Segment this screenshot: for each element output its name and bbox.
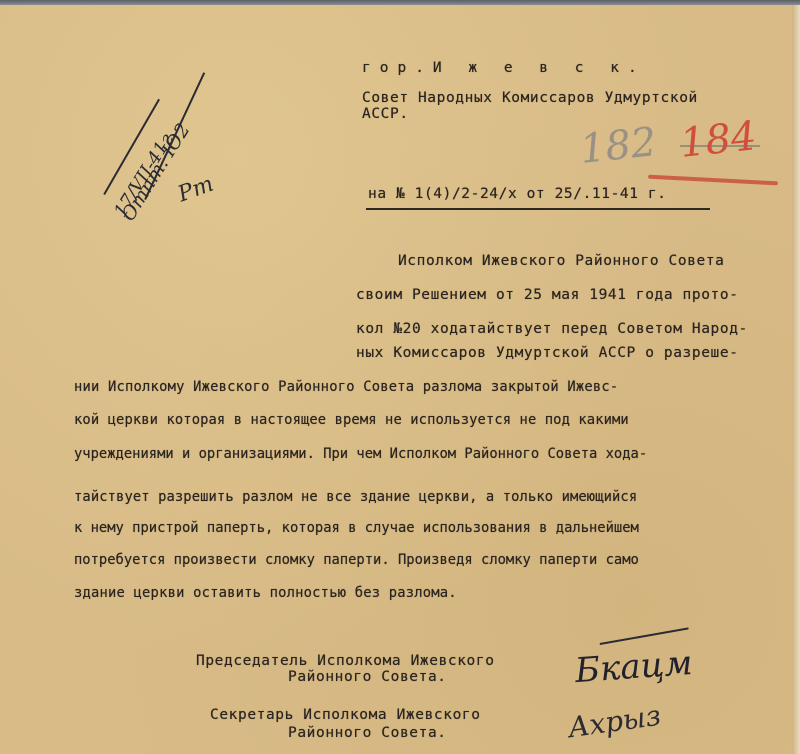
body-line: кой церкви которая в настоящее время не … — [74, 412, 629, 428]
body-line: потребуется произвести сломку паперти. П… — [74, 552, 639, 568]
document-page: Отпт. Ю2 17/VII-41г. Рт гор.И ж е в с к.… — [0, 5, 792, 754]
city-line: гор.И ж е в с к. — [362, 60, 646, 76]
body-line: учреждениями и организациями. При чем Ис… — [74, 446, 647, 462]
reference-underline — [366, 208, 710, 210]
secretary-title-line-2: Районного Совета. — [288, 725, 447, 741]
reference-line: на № 1(4)/2-24/х от 25/.11-41 г. — [368, 186, 667, 202]
chairman-title-line-1: Председатель Исполкома Ижевского — [196, 653, 495, 669]
chairman-signature-flourish — [600, 627, 689, 645]
recipient-line-1: Совет Народных Комиссаров Удмуртской — [362, 90, 698, 106]
body-line: здание церкви оставить полностью без раз… — [74, 585, 457, 601]
body-line: кол №20 ходатайствует перед Советом Наро… — [356, 321, 748, 337]
body-line: нии Исполкому Ижевского Районного Совета… — [74, 379, 618, 395]
chairman-signature: Бкацм — [574, 643, 694, 691]
chairman-title-line-2: Районного Совета. — [288, 669, 447, 685]
body-line: Исполком Ижевского Районного Совета — [314, 253, 725, 269]
body-line: к нему пристрой паперть, которая в случа… — [74, 520, 639, 536]
archive-number-old: 182 — [578, 119, 659, 173]
body-line: ных Комиссаров Удмуртской АССР о разреше… — [356, 345, 739, 361]
archive-number-underline — [648, 175, 778, 186]
body-line: своим Решением от 25 мая 1941 года прото… — [356, 287, 739, 303]
secretary-title-line-1: Секретарь Исполкома Ижевского — [210, 707, 481, 723]
body-line: тайствует разрешить разлом не все здание… — [74, 489, 637, 505]
scan-right-edge — [792, 5, 800, 754]
archive-number-new: 184 — [678, 113, 759, 167]
recipient-line-2: АССР. — [362, 106, 409, 122]
secretary-signature: Ахрыз — [566, 699, 663, 745]
